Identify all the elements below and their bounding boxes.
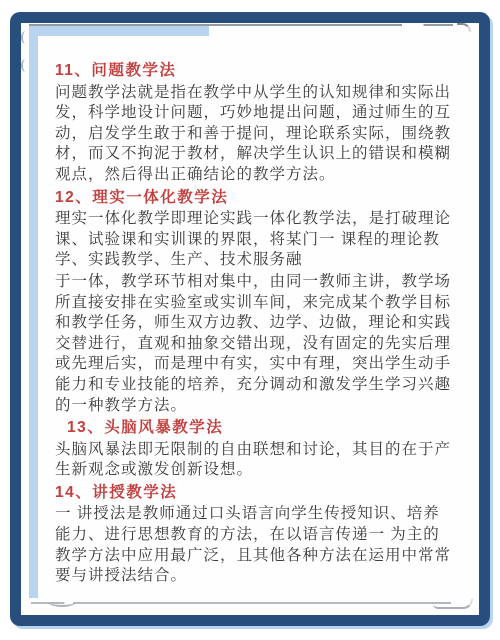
section-heading-12: 12、理实一体化教学法 [55,188,455,209]
section-heading-13: 13、头脑风暴教学法 [55,418,455,439]
page-curl-left-icon [21,31,30,44]
article-content: 11、问题教学法 问题教学法就是指在教学中从学生的认知规律和实际出发，科学地设计… [55,59,455,588]
page-curl-top-right-icon [457,23,471,32]
section-heading-11: 11、问题教学法 [55,61,455,82]
paper-bottom-edge-line [31,602,451,604]
section-paragraph: 一 讲授法是教师通过口头语言向学生传授知识、培养能力、进行思想教育的方法，在以语… [55,504,455,586]
section-heading-14: 14、讲授教学法 [55,483,455,504]
page-curl-left-icon [21,59,30,72]
blue-frame-border: 11、问题教学法 问题教学法就是指在教学中从学生的认知规律和实际出发，科学地设计… [10,12,490,626]
page-curl-bottom-left-icon [49,598,75,607]
paper-top-shadow [29,26,209,36]
section-paragraph: 理实一体化教学即理论实践一体化教学法，是打破理论课、试验课和实训课的界限，将某门… [55,209,455,271]
section-paragraph: 问题教学法就是指在教学中从学生的认知规律和实际出发，科学地设计问题，巧妙地提出问… [55,83,455,186]
paper-card: 11、问题教学法 问题教学法就是指在教学中从学生的认知规律和实际出发，科学地设计… [21,23,479,615]
page-curl-bottom-right-icon [433,599,473,609]
paper-left-shadow [29,26,38,598]
section-paragraph: 于一体，教学环节相对集中，由同一教师主讲，教学场所直接安排在实验室或实训车间，来… [55,272,455,416]
section-paragraph: 头脑风暴法即无限制的自由联想和讨论，其目的在于产生新观念或激发创新设想。 [55,440,455,481]
